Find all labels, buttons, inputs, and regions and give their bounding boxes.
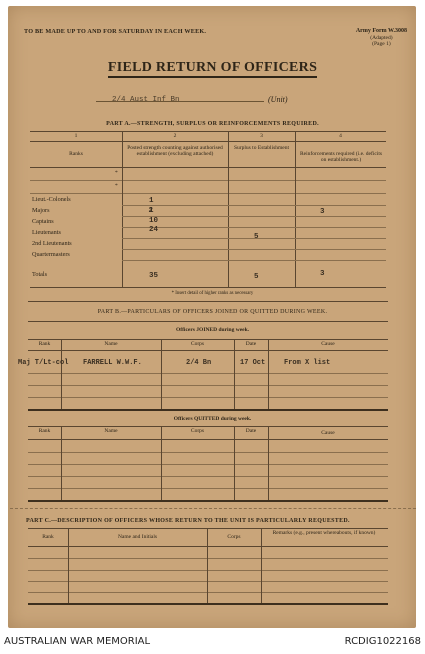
column-divider bbox=[268, 339, 269, 409]
part-c-heading: PART C.—DESCRIPTION OF OFFICERS WHOSE RE… bbox=[26, 518, 390, 524]
column-divider bbox=[234, 426, 235, 500]
row-line bbox=[28, 592, 388, 593]
joined-col-cause: Cause bbox=[268, 341, 388, 347]
blank-row-marker: * bbox=[115, 183, 118, 189]
posted-value: 1 bbox=[149, 197, 154, 205]
rank-label: Quartermasters bbox=[32, 251, 70, 258]
form-identifier: Army Form W.3008 (Adapted) (Page 1) bbox=[356, 28, 407, 48]
column-divider bbox=[61, 426, 62, 500]
column-divider bbox=[234, 339, 235, 409]
posted-value: 10 bbox=[149, 217, 158, 225]
partc-col-remarks: Remarks (e.g., present whereabouts, if k… bbox=[263, 530, 385, 536]
column-divider bbox=[161, 426, 162, 500]
row-line bbox=[28, 385, 388, 386]
row-line bbox=[122, 216, 386, 217]
footnote: * Insert detail of higher ranks as neces… bbox=[0, 291, 425, 297]
blank-row-marker: * bbox=[115, 170, 118, 176]
row-line bbox=[28, 570, 388, 571]
joined-col-name: Name bbox=[61, 341, 161, 347]
col-header-ranks: Ranks bbox=[30, 151, 122, 157]
unit-value: 2/4 Aust Inf Bn bbox=[112, 96, 180, 104]
col-number: 4 bbox=[295, 133, 386, 139]
column-divider bbox=[228, 131, 229, 287]
divider bbox=[30, 287, 386, 288]
divider bbox=[30, 180, 386, 181]
instruction-note: TO BE MADE UP TO AND FOR SATURDAY IN EAC… bbox=[24, 28, 206, 35]
record-id: RCDIG1022168 bbox=[345, 636, 421, 647]
divider bbox=[28, 321, 388, 322]
divider bbox=[28, 409, 388, 411]
posted-value: 24 bbox=[149, 226, 158, 234]
column-divider bbox=[161, 339, 162, 409]
column-divider bbox=[207, 528, 208, 603]
part-b-heading: PART B.—PARTICULARS OF OFFICERS JOINED O… bbox=[0, 309, 425, 315]
quitted-col-cause: Cause bbox=[268, 430, 388, 436]
part-a-heading: PART A.—STRENGTH, SURPLUS OR REINFORCEME… bbox=[0, 121, 425, 127]
col-number: 3 bbox=[228, 133, 295, 139]
quitted-col-name: Name bbox=[61, 428, 161, 434]
col-header-reinforcements: Reinforcements required (i.e. deficits o… bbox=[298, 151, 384, 163]
column-divider bbox=[261, 528, 262, 603]
joined-col-corps: Corps bbox=[161, 341, 234, 347]
reinforcements-value: 3 bbox=[320, 208, 325, 216]
joined-subheading: Officers JOINED during week. bbox=[0, 327, 425, 333]
row-line bbox=[28, 397, 388, 398]
column-divider bbox=[68, 528, 69, 603]
quitted-col-rank: Rank bbox=[28, 428, 61, 434]
col-header-surplus: Surplus to Establishment bbox=[234, 145, 289, 151]
row-line bbox=[28, 464, 388, 465]
joined-cause: From X list bbox=[284, 359, 330, 367]
row-line bbox=[28, 558, 388, 559]
perforation-line bbox=[10, 508, 416, 509]
divider bbox=[30, 141, 386, 142]
divider bbox=[28, 426, 388, 427]
row-line bbox=[122, 249, 386, 250]
form-adapted: (Adapted) bbox=[370, 35, 392, 41]
col-header-posted: Posted strength counting against authori… bbox=[124, 145, 226, 157]
total-posted: 35 bbox=[149, 272, 158, 280]
page-title: FIELD RETURN OF OFFICERS bbox=[0, 60, 425, 76]
divider bbox=[28, 528, 388, 529]
row-line bbox=[28, 373, 388, 374]
rank-label: Lieut.-Colonels bbox=[32, 196, 71, 203]
unit-label: (Unit) bbox=[268, 95, 288, 104]
row-line bbox=[28, 581, 388, 582]
column-divider bbox=[268, 426, 269, 500]
divider bbox=[28, 546, 388, 547]
joined-col-date: Date bbox=[234, 341, 268, 347]
divider bbox=[28, 439, 388, 440]
row-line bbox=[122, 227, 386, 228]
joined-rank: Maj T/Lt-col bbox=[18, 359, 68, 367]
total-reinforcements: 3 bbox=[320, 270, 325, 278]
rank-label: 2nd Lieutenants bbox=[32, 240, 72, 247]
surplus-value: 5 bbox=[254, 233, 259, 241]
partc-col-name: Name and Initials bbox=[68, 534, 207, 540]
quitted-col-date: Date bbox=[234, 428, 268, 434]
rank-label: Majors bbox=[32, 207, 50, 214]
divider bbox=[30, 131, 386, 132]
joined-date: 17 Oct bbox=[240, 359, 265, 367]
joined-corps: 2/4 Bn bbox=[186, 359, 211, 367]
rank-label: Lieutenants bbox=[32, 229, 61, 236]
row-line bbox=[28, 488, 388, 489]
total-surplus: 5 bbox=[254, 273, 259, 281]
partc-col-rank: Rank bbox=[28, 534, 68, 540]
totals-label: Totals bbox=[32, 271, 47, 278]
column-divider bbox=[61, 339, 62, 409]
posted-value: 12 bbox=[149, 207, 153, 215]
row-line bbox=[28, 452, 388, 453]
quitted-col-corps: Corps bbox=[161, 428, 234, 434]
rank-label: Captains bbox=[32, 218, 54, 225]
divider bbox=[30, 167, 386, 168]
row-line bbox=[28, 476, 388, 477]
row-line bbox=[122, 205, 386, 206]
form-page: (Page 1) bbox=[372, 41, 390, 47]
joined-col-rank: Rank bbox=[28, 341, 61, 347]
row-line bbox=[122, 260, 386, 261]
quitted-subheading: Officers QUITTED during week. bbox=[0, 416, 425, 422]
column-divider bbox=[122, 131, 123, 287]
divider bbox=[28, 603, 388, 605]
divider bbox=[28, 500, 388, 502]
form-id: Army Form W.3008 bbox=[356, 28, 407, 34]
divider bbox=[28, 339, 388, 340]
institution-label: AUSTRALIAN WAR MEMORIAL bbox=[4, 636, 150, 647]
partc-col-corps: Corps bbox=[207, 534, 261, 540]
divider bbox=[28, 350, 388, 351]
col-number: 2 bbox=[122, 133, 228, 139]
col-number: 1 bbox=[30, 133, 122, 139]
joined-name: FARRELL W.W.F. bbox=[83, 359, 142, 367]
column-divider bbox=[295, 131, 296, 287]
divider bbox=[30, 193, 386, 194]
divider bbox=[28, 301, 388, 302]
